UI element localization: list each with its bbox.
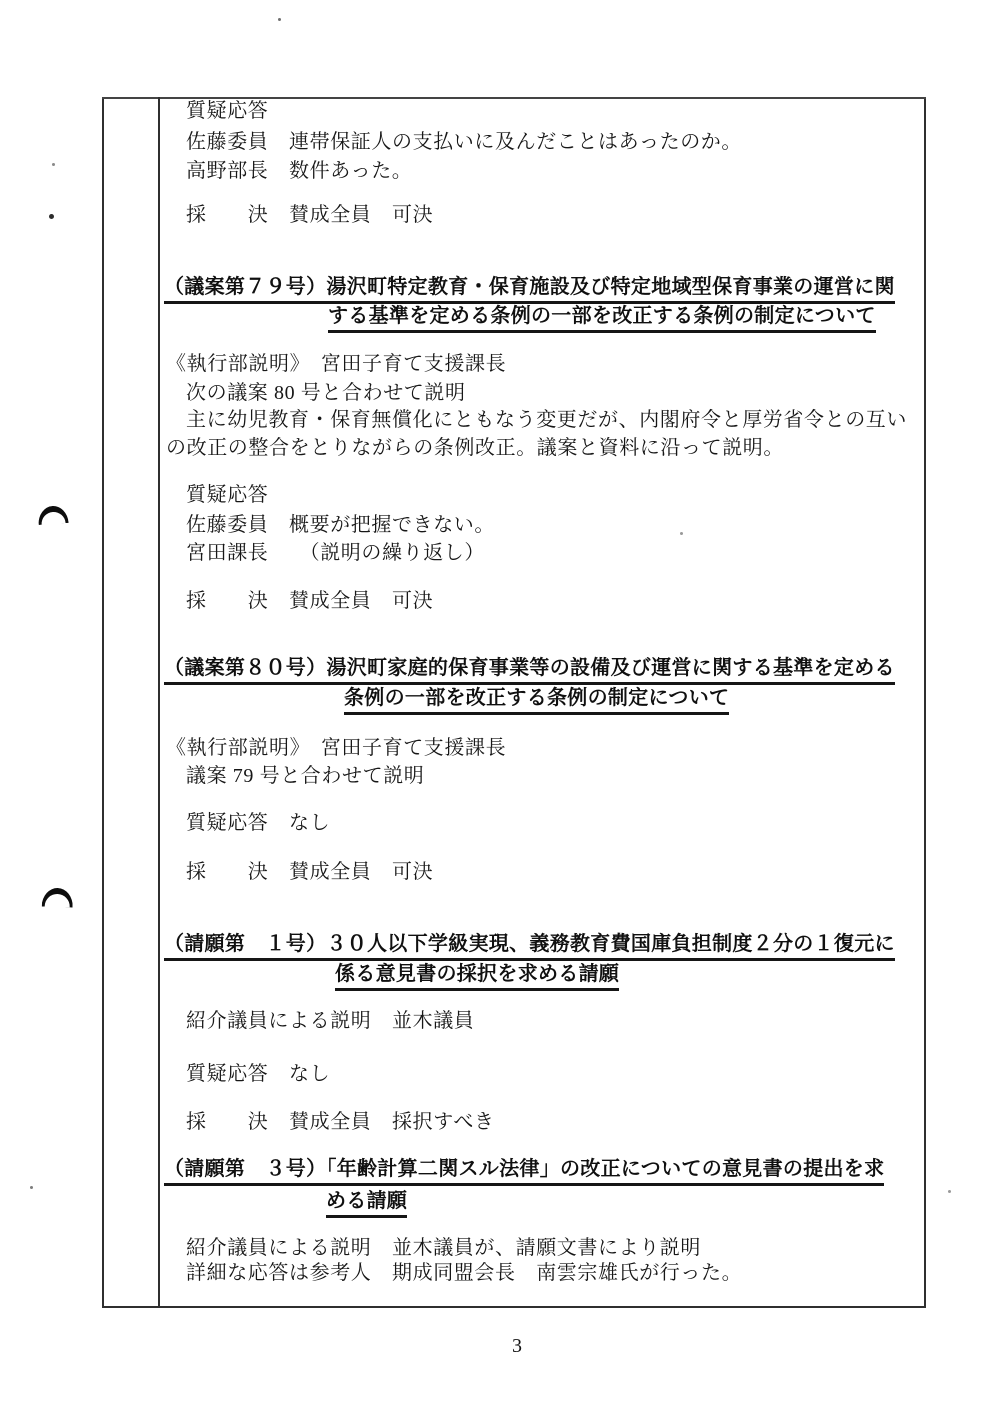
frame-top-scan-streak xyxy=(102,97,926,99)
page-number: 3 xyxy=(512,1335,522,1358)
petition1-heading-line1: （請願第 １号）３０人以下学級実現、義務教育費国庫負担制度２分の１復元に xyxy=(164,933,895,961)
qa-label: 質疑応答 xyxy=(186,484,268,506)
bill80-heading-line1: （議案第８０号）湯沢町家庭的保育事業等の設備及び運営に関する基準を定める xyxy=(164,657,895,685)
qa-sato-question: 佐藤委員 概要が把握できない。 xyxy=(186,514,495,536)
vote-result: 採 決 賛成全員 可決 xyxy=(186,590,433,612)
petition1-heading-line2: 係る意見書の採択を求める請願 xyxy=(335,963,619,991)
bill80-heading-line2: 条例の一部を改正する条例の制定について xyxy=(344,687,729,715)
qa-takano-answer: 高野部長 数件あった。 xyxy=(186,160,412,182)
scanned-minutes-page: 質疑応答 佐藤委員 連帯保証人の支払いに及んだことはあったのか。 高野部長 数件… xyxy=(0,0,1000,1421)
qa-label: 質疑応答 xyxy=(186,100,268,122)
qa-none: 質疑応答 なし xyxy=(186,1063,330,1085)
bill79-explanation-body-2: の改正の整合をとりながらの条例改正。議案と資料に沿って説明。 xyxy=(166,437,784,459)
petition3-reference-note: 詳細な応答は参考人 期成同盟会長 南雲宗雄氏が行った。 xyxy=(186,1262,742,1284)
punch-hole-arc xyxy=(37,505,68,525)
bill79-executive-explanation: 《執行部説明》 宮田子育て支援課長 xyxy=(166,353,506,375)
scan-speck xyxy=(680,532,683,535)
petition3-heading-line1: （請願第 ３号）「年齢計算二関スル法律」の改正についての意見書の提出を求 xyxy=(164,1158,884,1186)
vote-result: 採 決 賛成全員 可決 xyxy=(186,204,433,226)
qa-miyata-answer: 宮田課長 （説明の繰り返し） xyxy=(186,542,485,564)
vote-result: 採 決 賛成全員 採択すべき xyxy=(186,1111,495,1133)
vote-result: 採 決 賛成全員 可決 xyxy=(186,861,433,883)
margin-column-divider xyxy=(158,97,160,1308)
bill79-explanation-note: 次の議案 80 号と合わせて説明 xyxy=(186,382,466,404)
scan-speck xyxy=(30,1186,33,1189)
bill79-heading-line1: （議案第７９号）湯沢町特定教育・保育施設及び特定地域型保育事業の運営に関 xyxy=(164,276,895,304)
petition3-heading-line2: める請願 xyxy=(326,1190,407,1218)
bill80-executive-explanation: 《執行部説明》 宮田子育て支援課長 xyxy=(166,737,506,759)
scan-speck xyxy=(49,214,54,219)
petition3-introducer: 紹介議員による説明 並木議員が、請願文書により説明 xyxy=(186,1237,701,1259)
bill79-explanation-body-1: 主に幼児教育・保育無償化にともなう変更だが、内閣府令と厚労省令との互い xyxy=(186,409,907,431)
scan-speck xyxy=(278,18,281,21)
petition1-introducer: 紹介議員による説明 並木議員 xyxy=(186,1010,474,1032)
bill79-heading-line2: する基準を定める条例の一部を改正する条例の制定について xyxy=(328,305,876,333)
bill80-explanation-note: 議案 79 号と合わせて説明 xyxy=(186,765,424,787)
scan-speck xyxy=(52,163,55,166)
qa-none: 質疑応答 なし xyxy=(186,812,330,834)
qa-sato-question: 佐藤委員 連帯保証人の支払いに及んだことはあったのか。 xyxy=(186,131,742,153)
scan-speck xyxy=(948,1190,951,1193)
punch-hole-arc xyxy=(42,887,74,907)
